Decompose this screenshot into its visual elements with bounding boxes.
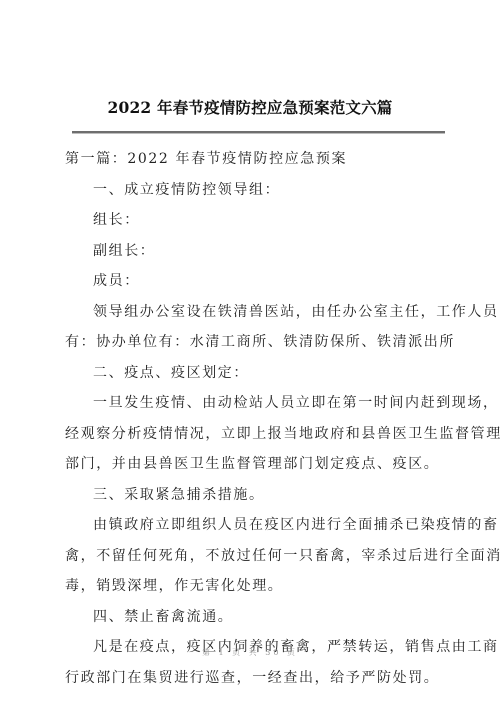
paragraph-line: 一、成立疫情防控领导组：	[65, 175, 439, 206]
paragraph-line: 行政部门在集贸进行巡查，一经查出，给予严防处罚。	[65, 663, 439, 694]
paragraph-line: 毒，销毁深埋，作无害化处理。	[65, 571, 439, 602]
paragraph-line: 领导组办公室设在铁清兽医站，由任办公室主任，工作人员	[65, 297, 439, 328]
paragraph-line: 经观察分析疫情情况，立即上报当地政府和县兽医卫生监督管理	[65, 419, 439, 450]
title-divider	[72, 131, 445, 134]
paragraph-line: 由镇政府立即组织人员在疫区内进行全面捕杀已染疫情的畜	[65, 510, 439, 541]
document-page: 2022 年春节疫情防控应急预案范文六篇 第一篇：2022 年春节疫情防控应急预…	[0, 0, 500, 707]
paragraph-line: 三、采取紧急捕杀措施。	[65, 480, 439, 511]
paragraph-line: 组长：	[65, 205, 439, 236]
paragraph-line: 四、禁止畜禽流通。	[65, 602, 439, 633]
paragraph-line: 一旦发生疫情、由动检站人员立即在第一时间内赶到现场，	[65, 388, 439, 419]
section-heading: 第一篇：2022 年春节疫情防控应急预案	[65, 144, 439, 175]
page-number-footer: 第 1 页 共 30 页	[0, 647, 500, 658]
paragraph-line: 副组长：	[65, 236, 439, 267]
paragraph-line: 部门，并由县兽医卫生监督管理部门划定疫点、疫区。	[65, 449, 439, 480]
paragraph-line: 有：协办单位有：水清工商所、铁清防保所、铁清派出所	[65, 327, 439, 358]
document-title: 2022 年春节疫情防控应急预案范文六篇	[0, 96, 500, 118]
paragraph-line: 二、疫点、疫区划定：	[65, 358, 439, 389]
document-body: 第一篇：2022 年春节疫情防控应急预案 一、成立疫情防控领导组： 组长： 副组…	[65, 144, 439, 693]
paragraph-line: 成员：	[65, 266, 439, 297]
paragraph-line: 禽，不留任何死角，不放过任何一只畜禽，宰杀过后进行全面消	[65, 541, 439, 572]
